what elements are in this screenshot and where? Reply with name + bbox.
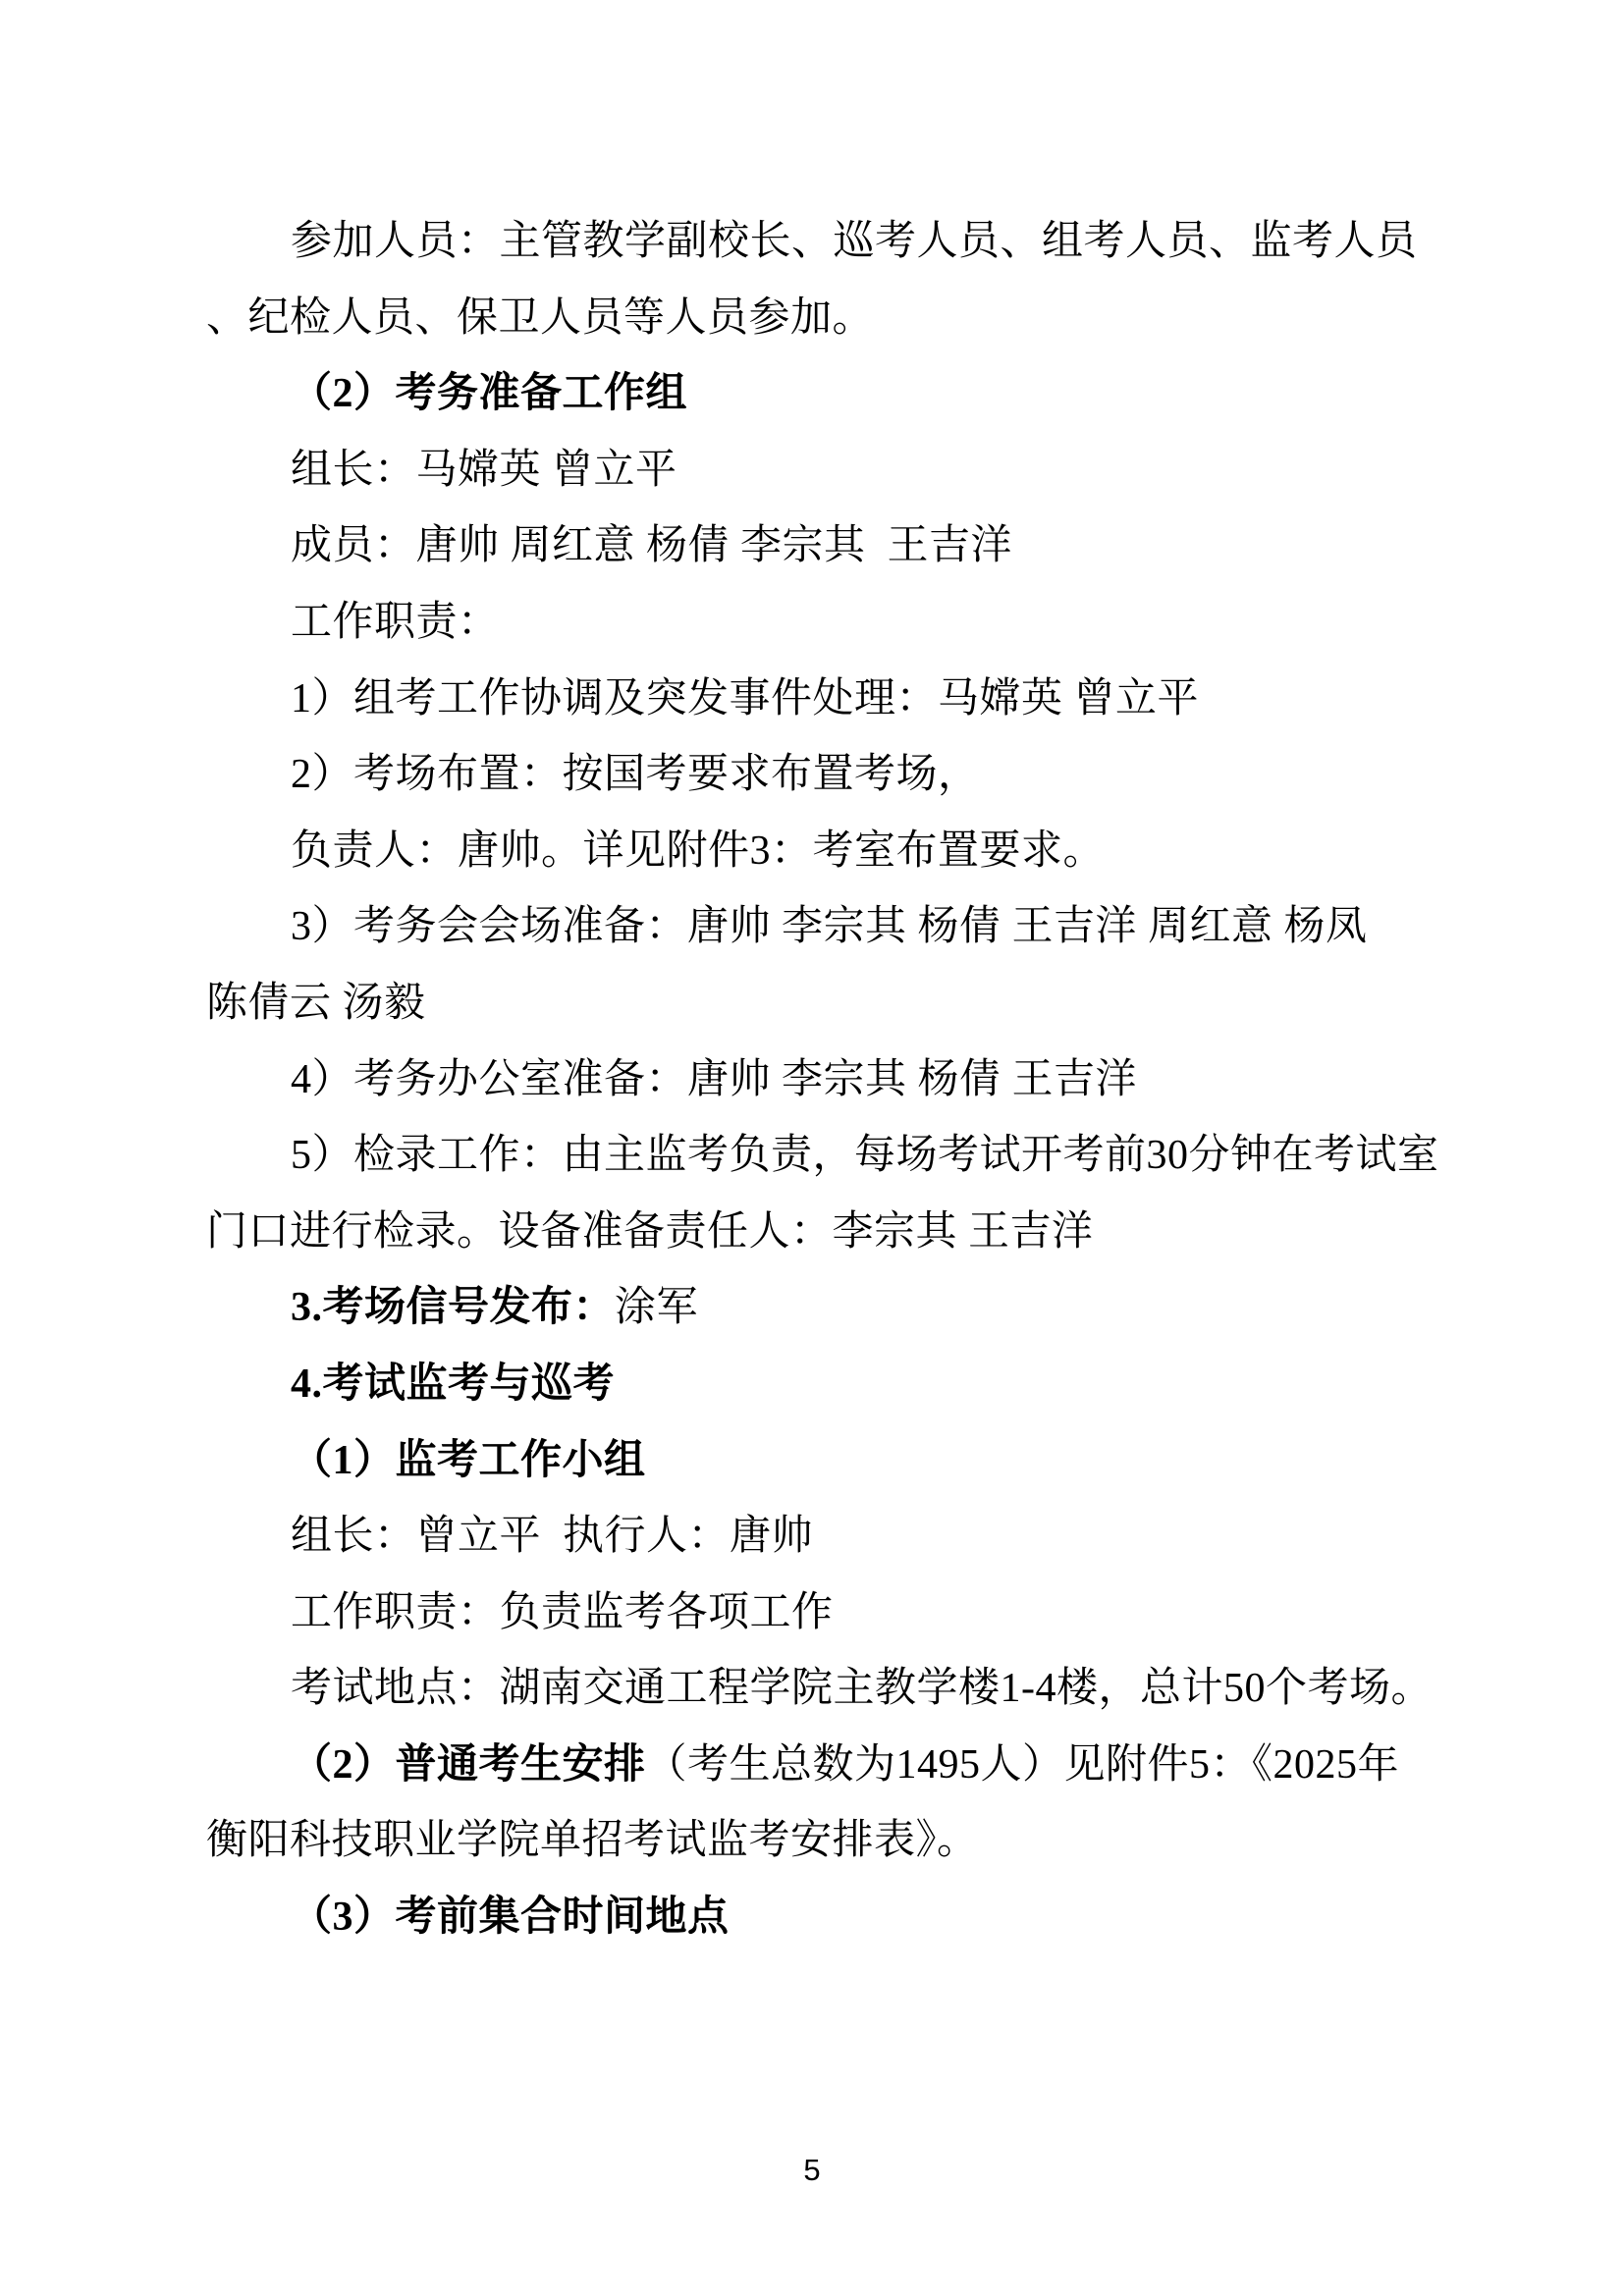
bold-text-segment: （2）普通考生安排 xyxy=(291,1742,646,1788)
text-line: 3.考场信号发布：涂军 xyxy=(206,1270,1432,1347)
text-line: 参加人员：主管教学副校长、巡考人员、组考人员、监考人员 xyxy=(206,204,1432,281)
text-line: 成员：唐帅 周红意 杨倩 李宗其 王吉洋 xyxy=(206,508,1432,585)
text-line: 工作职责：负责监考各项工作 xyxy=(206,1575,1432,1652)
text-line: 负责人：唐帅。详见附件3：考室布置要求。 xyxy=(206,814,1432,890)
bold-text-segment: （3）考前集合时间地点 xyxy=(291,1895,730,1940)
text-line: （3）考前集合时间地点 xyxy=(206,1880,1432,1956)
document-content: 参加人员：主管教学副校长、巡考人员、组考人员、监考人员、纪检人员、保卫人员等人员… xyxy=(206,204,1432,1956)
text-line: 衡阳科技职业学院单招考试监考安排表》。 xyxy=(206,1803,1432,1880)
text-line: 门口进行检录。设备准备责任人：李宗其 王吉洋 xyxy=(206,1195,1432,1271)
text-line: （1）监考工作小组 xyxy=(206,1423,1432,1500)
text-segment: 陈倩云 汤毅 xyxy=(206,981,426,1026)
page-number: 5 xyxy=(0,2153,1624,2188)
text-segment: 衡阳科技职业学院单招考试监考安排表》。 xyxy=(206,1818,979,1863)
text-segment: 参加人员：主管教学副校长、巡考人员、组考人员、监考人员 xyxy=(291,219,1418,264)
text-segment: 3）考务会会场准备：唐帅 李宗其 杨倩 王吉洋 周红意 杨凤 xyxy=(291,904,1368,949)
text-line: 4.考试监考与巡考 xyxy=(206,1347,1432,1423)
text-segment: 组长：马嫦英 曾立平 xyxy=(291,448,677,493)
text-segment: 工作职责： xyxy=(291,600,500,645)
text-segment: 4）考务办公室准备：唐帅 李宗其 杨倩 王吉洋 xyxy=(291,1057,1137,1102)
bold-text-segment: 4.考试监考与巡考 xyxy=(291,1362,615,1407)
text-segment: 2）考场布置：按国考要求布置考场， xyxy=(291,752,980,797)
text-line: （2）普通考生安排（考生总数为1495人）见附件5：《2025年 xyxy=(206,1728,1432,1804)
text-line: 考试地点：湖南交通工程学院主教学楼1-4楼，总计50个考场。 xyxy=(206,1651,1432,1728)
document-page: 参加人员：主管教学副校长、巡考人员、组考人员、监考人员、纪检人员、保卫人员等人员… xyxy=(0,0,1624,2296)
text-line: 、纪检人员、保卫人员等人员参加。 xyxy=(206,281,1432,357)
text-segment: 考试地点：湖南交通工程学院主教学楼1-4楼，总计50个考场。 xyxy=(291,1666,1433,1711)
text-segment: 1）组考工作协调及突发事件处理：马嫦英 曾立平 xyxy=(291,676,1199,721)
text-segment: 涂军 xyxy=(615,1285,698,1330)
text-line: 3）考务会会场准备：唐帅 李宗其 杨倩 王吉洋 周红意 杨凤 xyxy=(206,889,1432,966)
bold-text-segment: （2）考务准备工作组 xyxy=(291,371,687,416)
text-line: 2）考场布置：按国考要求布置考场， xyxy=(206,737,1432,814)
text-line: 5）检录工作：由主监考负责，每场考试开考前30分钟在考试室 xyxy=(206,1118,1432,1195)
text-line: 陈倩云 汤毅 xyxy=(206,966,1432,1042)
text-segment: 负责人：唐帅。详见附件3：考室布置要求。 xyxy=(291,828,1105,874)
text-line: 4）考务办公室准备：唐帅 李宗其 杨倩 王吉洋 xyxy=(206,1042,1432,1119)
bold-text-segment: 3.考场信号发布： xyxy=(291,1285,615,1330)
text-segment: 、纪检人员、保卫人员等人员参加。 xyxy=(206,295,874,341)
text-segment: 门口进行检录。设备准备责任人：李宗其 王吉洋 xyxy=(206,1209,1094,1255)
text-segment: 成员：唐帅 周红意 杨倩 李宗其 王吉洋 xyxy=(291,523,1012,568)
text-line: 组长：曾立平 执行人：唐帅 xyxy=(206,1499,1432,1575)
text-line: （2）考务准备工作组 xyxy=(206,356,1432,433)
text-segment: （考生总数为1495人）见附件5：《2025年 xyxy=(646,1742,1400,1788)
bold-text-segment: （1）监考工作小组 xyxy=(291,1438,646,1483)
text-line: 1）组考工作协调及突发事件处理：马嫦英 曾立平 xyxy=(206,662,1432,738)
text-segment: 工作职责：负责监考各项工作 xyxy=(291,1590,834,1635)
text-line: 工作职责： xyxy=(206,585,1432,662)
text-segment: 组长：曾立平 执行人：唐帅 xyxy=(291,1514,813,1559)
text-segment: 5）检录工作：由主监考负责，每场考试开考前30分钟在考试室 xyxy=(291,1133,1439,1178)
text-line: 组长：马嫦英 曾立平 xyxy=(206,433,1432,509)
